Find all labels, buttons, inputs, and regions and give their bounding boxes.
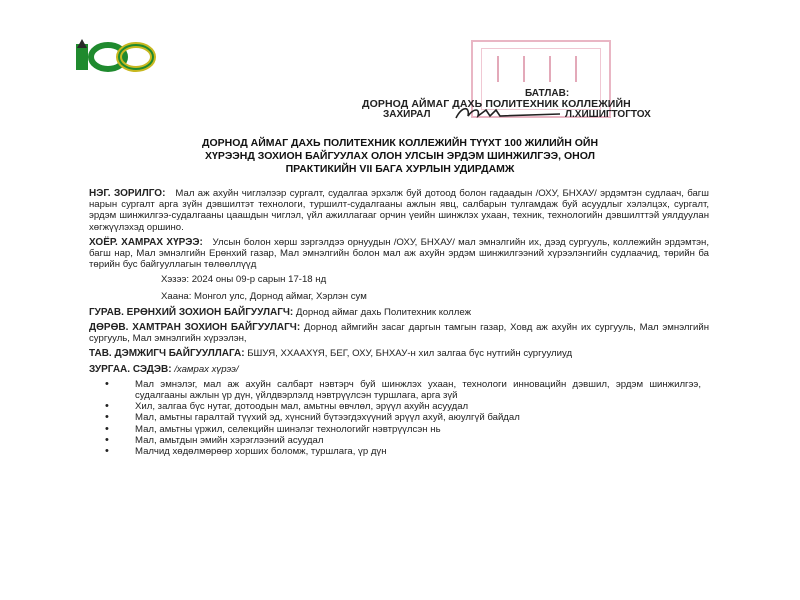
college-logo-icon (74, 38, 158, 74)
approval-position: ЗАХИРАЛ (383, 109, 431, 120)
topic-item: Мал, амьтны үржил, селекцийн шинэлэг тех… (135, 424, 709, 435)
title-line-3: ПРАКТИКИЙН VII БАГА ХУРЛЫН УДИРДАМЖ (100, 163, 700, 176)
section-heading: ГУРАВ. ЕРӨНХИЙ ЗОХИОН БАЙГУУЛАГЧ: (89, 307, 293, 318)
topic-item: Хил, залгаа бүс нутаг, дотоодын мал, амь… (135, 401, 709, 412)
section-goal: НЭГ. ЗОРИЛГО: Мал аж ахуйн чиглэлээр сур… (89, 188, 709, 233)
section-text: Дорнод аймаг дахь Политехник коллеж (296, 307, 471, 318)
topic-item: Мал, амьтдын эмийн хэрэглээний асуудал (135, 435, 709, 446)
topics-list: Мал эмнэлэг, мал аж ахуйн салбарт нэвтэр… (89, 379, 709, 457)
approval-name: Л.ХИШИГТОГТОХ (565, 109, 651, 120)
section-heading: НЭГ. ЗОРИЛГО: (89, 188, 165, 199)
section-text: Мал аж ахуйн чиглэлээр сургалт, судалгаа… (89, 188, 709, 233)
section-scope: ХОЁР. ХАМРАХ ХҮРЭЭ: Улсын болон хөрш зэр… (89, 237, 709, 271)
topic-item: Мал, амьтны гаралтай түүхий эд, хүнсний … (135, 412, 709, 423)
document-title: ДОРНОД АЙМАГ ДАХЬ ПОЛИТЕХНИК КОЛЛЕЖИЙН Т… (100, 137, 700, 176)
signature-icon (452, 104, 562, 122)
title-line-2: ХҮРЭЭНД ЗОХИОН БАЙГУУЛАХ ОЛОН УЛСЫН ЭРДЭ… (100, 150, 700, 163)
event-location: Хаана: Монгол улс, Дорнод аймаг, Хэрлэн … (89, 291, 709, 302)
section-heading: ЗУРГАА. СЭДЭВ: (89, 364, 172, 375)
section-heading: ДӨРӨВ. ХАМТРАН ЗОХИОН БАЙГУУЛАГЧ: (89, 322, 300, 333)
section-co-organizer: ДӨРӨВ. ХАМТРАН ЗОХИОН БАЙГУУЛАГЧ: Дорнод… (89, 322, 709, 344)
section-topics: ЗУРГАА. СЭДЭВ: /хамрах хүрээ/ (89, 364, 709, 375)
title-line-1: ДОРНОД АЙМАГ ДАХЬ ПОЛИТЕХНИК КОЛЛЕЖИЙН Т… (100, 137, 700, 150)
topic-item: Малчид хөдөлмөрөөр хорших боломж, туршла… (135, 446, 709, 457)
section-note: /хамрах хүрээ/ (174, 364, 238, 375)
event-date: Хэзээ: 2024 оны 09-р сарын 17-18 нд (89, 274, 709, 285)
section-heading: ХОЁР. ХАМРАХ ХҮРЭЭ: (89, 237, 203, 248)
section-organizer: ГУРАВ. ЕРӨНХИЙ ЗОХИОН БАЙГУУЛАГЧ: Дорнод… (89, 307, 709, 318)
document-body: НЭГ. ЗОРИЛГО: Мал аж ахуйн чиглэлээр сур… (89, 188, 709, 457)
section-heading: ТАВ. ДЭМЖИГЧ БАЙГУУЛЛАГА: (89, 348, 245, 359)
topic-item: Мал эмнэлэг, мал аж ахуйн салбарт нэвтэр… (135, 379, 709, 401)
section-supporter: ТАВ. ДЭМЖИГЧ БАЙГУУЛЛАГА: БШУЯ, ХХААХҮЯ,… (89, 348, 709, 359)
section-text: БШУЯ, ХХААХҮЯ, БЕГ, ОХУ, БНХАУ-н хил зал… (247, 348, 572, 359)
